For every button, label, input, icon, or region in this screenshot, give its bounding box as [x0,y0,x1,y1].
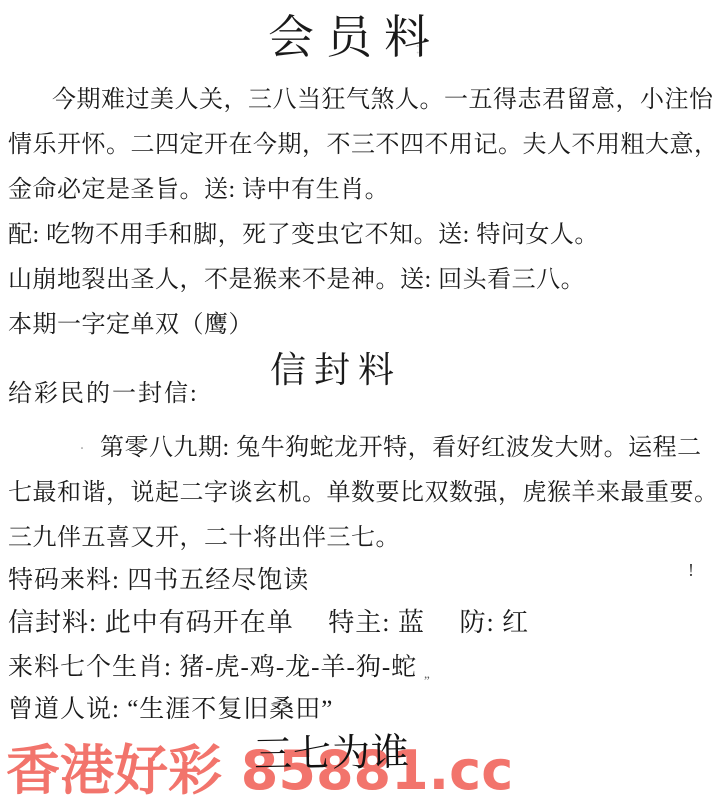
member-line: 山崩地裂出圣人，不是猴来不是神。送: 回头看三八。 [8,258,716,303]
scan-comma-mark: „ [424,666,430,682]
letter-to-bettors-label: 给彩民的一封信: [8,372,199,417]
member-line: 今期难过美人关，三八当狂气煞人。一五得志君留意，小注怡 [8,78,716,123]
exclamation-mark: ! [688,560,694,581]
document-page: 会员料 ： 今期难过美人关，三八当狂气煞人。一五得志君留意，小注怡 情乐开怀。二… [0,0,720,808]
special-code-tip-line: 特码来料: 四书五经尽饱读 [8,558,309,603]
scan-smudge-mark: ： [414,36,430,59]
member-section-paragraph: 今期难过美人关，三八当狂气煞人。一五得志君留意，小注怡 情乐开怀。二四定开在今期… [8,78,716,348]
envelope-line: 三九伴五喜又开，二十将出伴三七。 [8,516,716,561]
handwritten-footer-title: 三七为谁 [254,725,411,784]
master-quote-line: 曾道人说: “生涯不复旧桑田” [8,687,333,732]
zodiac-tip-line: 来料七个生肖: 猪-虎-鸡-龙-羊-狗-蛇 [8,645,417,690]
member-line: 配: 吃物不用手和脚，死了变虫它不知。送: 特问女人。 [8,213,716,258]
envelope-tip-line: 信封料: 此中有码开在单 特主: 蓝 防: 红 [8,600,529,645]
member-line: 情乐开怀。二四定开在今期，不三不四不用记。夫人不用粗大意， [8,123,716,168]
envelope-section-paragraph: 第零八九期: 兔牛狗蛇龙开特，看好红波发大财。运程二 七最和谐，说起二字谈玄机。… [8,426,716,561]
member-line: 金命必定是圣旨。送: 诗中有生肖。 [8,168,716,213]
envelope-line: 七最和谐，说起二字谈玄机。单数要比双数强，虎猴羊来最重要。 [8,471,716,516]
member-line: 本期一字定单双（鹰） [8,303,716,348]
member-section-title: 会员料 [0,6,710,70]
envelope-line: 第零八九期: 兔牛狗蛇龙开特，看好红波发大财。运程二 [8,426,716,471]
